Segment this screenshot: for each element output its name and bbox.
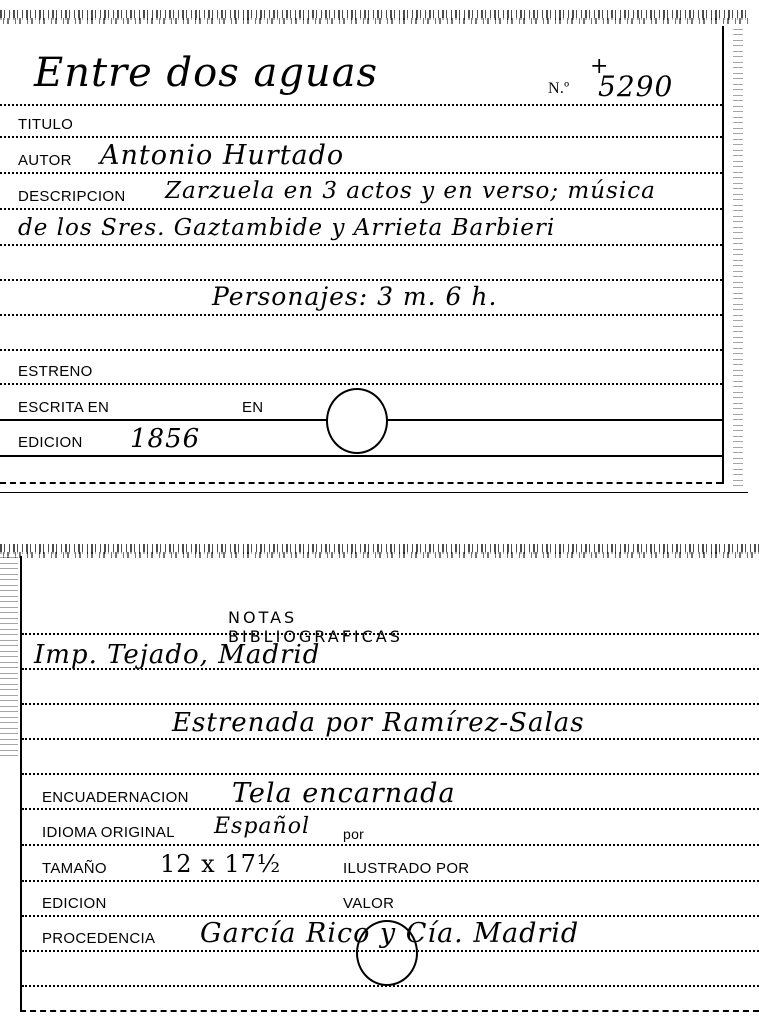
descripcion-line-3: Personajes: 3 m. 6 h. xyxy=(212,282,497,311)
escrita-en-label: ESCRITA EN xyxy=(18,399,109,416)
punched-hole xyxy=(326,388,388,454)
ruled-line xyxy=(0,349,722,351)
procedencia-label: PROCEDENCIA xyxy=(42,930,155,947)
note-1: Imp. Tejado, Madrid xyxy=(34,640,320,670)
edicion-label: EDICION xyxy=(18,434,83,451)
descripcion-label: DESCRIPCION xyxy=(18,188,125,205)
ruled-line xyxy=(0,244,722,246)
card-border-right xyxy=(722,26,724,484)
ruled-line xyxy=(0,279,722,281)
ruled-line xyxy=(0,455,722,457)
ruled-line xyxy=(22,773,759,775)
titulo-label: TITULO xyxy=(18,116,73,133)
scan-edge-noise xyxy=(0,556,18,756)
ruled-line xyxy=(0,136,722,138)
note-2: Estrenada por Ramírez-Salas xyxy=(172,708,585,738)
card-divider xyxy=(0,492,748,493)
edicion-label-bottom: EDICION xyxy=(42,895,107,912)
card-bottom-edge xyxy=(0,482,722,484)
autor-label: AUTOR xyxy=(18,152,72,169)
encuadernacion-label: ENCUADERNACION xyxy=(42,789,189,806)
descripcion-line-2: de los Sres. Gaztambide y Arrieta Barbie… xyxy=(18,215,555,241)
ilustrado-por-label: ILUSTRADO POR xyxy=(343,860,469,877)
ruled-line xyxy=(22,844,759,846)
tamano-label: TAMAÑO xyxy=(42,860,107,877)
idioma-original-value: Español xyxy=(214,814,310,839)
autor-value: Antonio Hurtado xyxy=(100,140,344,171)
card-border-left xyxy=(20,556,22,1011)
card-bottom-edge xyxy=(20,1010,759,1012)
ruled-line xyxy=(22,880,759,882)
idioma-original-label: IDIOMA ORIGINAL xyxy=(42,824,175,841)
scan-edge-noise xyxy=(733,26,743,486)
valor-label: VALOR xyxy=(343,895,394,912)
ruled-line xyxy=(0,172,722,174)
ruled-line xyxy=(22,738,759,740)
idioma-por-label: por xyxy=(343,826,364,842)
ruled-line xyxy=(22,915,759,917)
ruled-line xyxy=(22,808,759,810)
ruled-line xyxy=(0,383,722,385)
encuadernacion-value: Tela encarnada xyxy=(232,778,456,809)
ruled-line xyxy=(22,668,759,670)
ruled-line xyxy=(0,314,722,316)
ruled-line xyxy=(22,703,759,705)
scan-edge-noise xyxy=(0,18,748,24)
en-label: EN xyxy=(242,399,263,416)
title-value: Entre dos aguas xyxy=(34,50,378,96)
number-value: 5290 xyxy=(598,70,673,103)
ruled-line xyxy=(0,104,722,106)
descripcion-line-1: Zarzuela en 3 actos y en verso; música xyxy=(165,178,656,204)
number-label: N.º xyxy=(548,80,569,98)
tamano-value: 12 x 17½ xyxy=(160,850,281,878)
ruled-line xyxy=(0,208,722,210)
edicion-value: 1856 xyxy=(130,424,200,454)
estreno-label: ESTRENO xyxy=(18,363,93,380)
ruled-line xyxy=(22,633,759,635)
scan-edge-noise xyxy=(0,552,759,558)
punched-hole xyxy=(356,920,418,986)
